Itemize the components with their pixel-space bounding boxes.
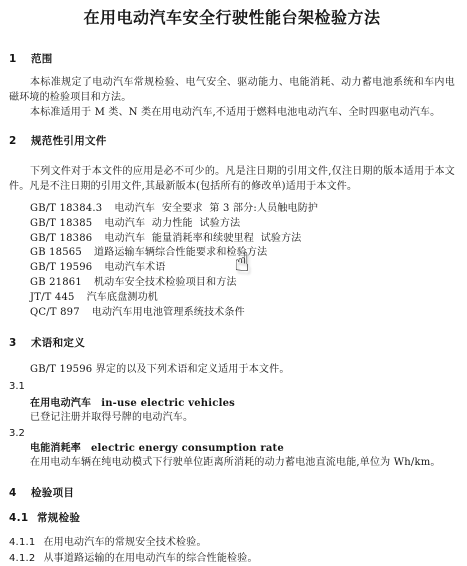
section-2-heading: 2 规范性引用文件 [9, 135, 455, 148]
term-title: 电能消耗率 electric energy consumption rate [9, 442, 455, 456]
term-number: 3.2 [9, 427, 455, 440]
section-4-number: 4 [9, 487, 21, 500]
term-title-zh: 在用电动汽车 [30, 397, 91, 411]
reference-title: 机动车安全技术检验项目和方法 [94, 276, 237, 291]
document-title: 在用电动汽车安全行驶性能台架检验方法 [9, 8, 455, 28]
section-4-1-heading: 4.1 常规检验 [9, 512, 455, 525]
clause-4-1-2: 4.1.2 从事道路运输的在用电动汽车的综合性能检验。 [9, 552, 455, 566]
reference-item: GB 21861 机动车安全技术检验项目和方法 [9, 276, 455, 291]
reference-code: GB 21861 [30, 276, 82, 291]
reference-code: QC/T 897 [30, 306, 80, 321]
reference-item: QC/T 897 电动汽车用电池管理系统技术条件 [9, 306, 455, 321]
term-title-en: in-use electric vehicles [101, 397, 235, 411]
section-1-heading: 1 范围 [9, 53, 455, 66]
standard-document-page: 在用电动汽车安全行驶性能台架检验方法 1 范围 本标准规定了电动汽车常规检验、电… [0, 0, 467, 566]
clause-number: 4.1.2 [9, 552, 35, 566]
section-1-number: 1 [9, 53, 21, 66]
reference-list: GB/T 18384.3 电动汽车 安全要求 第 3 部分:人员触电防护 GB/… [9, 202, 455, 320]
section-3-heading: 3 术语和定义 [9, 337, 455, 350]
reference-code: GB/T 18385 [30, 217, 92, 232]
reference-title: 电动汽车 动力性能 试验方法 [104, 217, 240, 232]
section-4-1-title: 常规检验 [37, 512, 80, 525]
clause-text: 在用电动汽车的常规安全技术检验。 [43, 536, 206, 550]
section-2-title: 规范性引用文件 [31, 135, 107, 148]
reference-item: GB/T 18384.3 电动汽车 安全要求 第 3 部分:人员触电防护 [9, 202, 455, 217]
reference-item: GB 18565 道路运输车辆综合性能要求和检验方法 [9, 246, 455, 261]
reference-title: 电动汽车 安全要求 第 3 部分:人员触电防护 [114, 202, 318, 217]
document-content: 在用电动汽车安全行驶性能台架检验方法 1 范围 本标准规定了电动汽车常规检验、电… [0, 0, 467, 566]
section-4-title: 检验项目 [31, 487, 74, 500]
scope-paragraph-2: 本标准适用于 M 类、N 类在用电动汽车,不适用于燃料电池电动汽车、全时四驱电动… [9, 105, 455, 120]
reference-title: 电动汽车用电池管理系统技术条件 [92, 306, 245, 321]
scope-paragraph-1: 本标准规定了电动汽车常规检验、电气安全、驱动能力、电能消耗、动力蓄电池系统和车内… [9, 75, 455, 105]
term-definition: 在用电动车辆在纯电动模式下行驶单位距离所消耗的动力蓄电池直流电能,单位为 Wh/… [9, 456, 455, 470]
reference-title: 汽车底盘测功机 [87, 291, 158, 306]
section-4-heading: 4 检验项目 [9, 487, 455, 500]
section-1-title: 范围 [31, 53, 53, 66]
reference-item: GB/T 19596 电动汽车术语 [9, 261, 455, 276]
section-3-title: 术语和定义 [31, 337, 85, 350]
clause-text: 从事道路运输的在用电动汽车的综合性能检验。 [43, 552, 257, 566]
term-title-zh: 电能消耗率 [30, 442, 81, 456]
term-title: 在用电动汽车 in-use electric vehicles [9, 397, 455, 411]
term-number: 3.1 [9, 380, 455, 393]
terms-intro: GB/T 19596 界定的以及下列术语和定义适用于本文件。 [9, 362, 455, 377]
reference-code: GB/T 18386 [30, 232, 92, 247]
reference-code: GB 18565 [30, 246, 82, 261]
reference-item: GB/T 18385 电动汽车 动力性能 试验方法 [9, 217, 455, 232]
term-title-en: electric energy consumption rate [91, 442, 284, 456]
reference-item: GB/T 18386 电动汽车 能量消耗率和续驶里程 试验方法 [9, 232, 455, 247]
section-2-number: 2 [9, 135, 21, 148]
reference-title: 电动汽车术语 [104, 261, 165, 276]
section-3-number: 3 [9, 337, 21, 350]
clause-4-1-1: 4.1.1 在用电动汽车的常规安全技术检验。 [9, 536, 455, 550]
reference-item: JT/T 445 汽车底盘测功机 [9, 291, 455, 306]
references-intro: 下列文件对于本文件的应用是必不可少的。凡是注日期的引用文件,仅注日期的版本适用于… [9, 164, 455, 194]
section-4-1-number: 4.1 [9, 512, 29, 525]
reference-code: GB/T 19596 [30, 261, 92, 276]
reference-title: 道路运输车辆综合性能要求和检验方法 [94, 246, 267, 261]
reference-code: JT/T 445 [30, 291, 75, 306]
clause-number: 4.1.1 [9, 536, 35, 550]
term-definition: 已登记注册并取得号牌的电动汽车。 [9, 411, 455, 425]
reference-code: GB/T 18384.3 [30, 202, 102, 217]
reference-title: 电动汽车 能量消耗率和续驶里程 试验方法 [104, 232, 301, 247]
